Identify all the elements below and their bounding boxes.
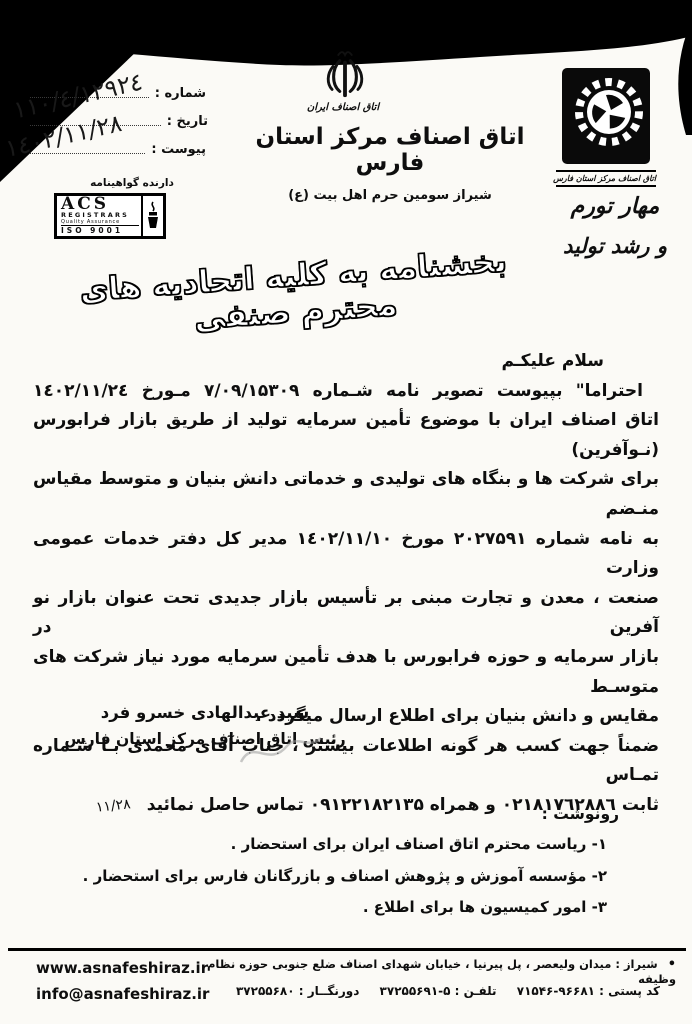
iso-certificate-logo: ACS REGISTRARS Quality Assurance ISO 900… bbox=[54, 193, 166, 239]
body-line: بازار سرمایه و حوزه فرابورس با هدف تأمین… bbox=[33, 643, 659, 702]
signature-mark bbox=[235, 728, 325, 774]
acs-logo-text: ACS bbox=[61, 197, 139, 212]
footer-address: شیراز : میدان ولیعصر ، پل پیرنیا ، خیابا… bbox=[207, 957, 676, 986]
guild-gear-logo bbox=[562, 68, 650, 164]
ref-attachment-label: پیوست : bbox=[151, 142, 206, 157]
body-line: به نامه شماره ۲۰۲۷۵۹۱ مورخ ۱٤۰۲/۱۱/۱۰ مد… bbox=[33, 525, 659, 584]
cc-label: رونوشت : bbox=[33, 799, 659, 829]
iran-emblem-icon bbox=[322, 50, 368, 104]
footer-fax: دورنگــار : ۳۷۲۵۵۶۸۰ bbox=[236, 984, 359, 998]
greeting-line: سلام علیکـم bbox=[33, 347, 659, 377]
phone-label: تلفـن : bbox=[455, 984, 497, 998]
year-slogan-line1: مهار تورم bbox=[550, 194, 680, 219]
ref-date-label: تاریخ : bbox=[167, 114, 208, 129]
footer-contact-line: کد پستی : ۷۱۵۴۶-۹۶۶۸۱ تلفـن : ۳۷۲۵۵۶۹۱-۵… bbox=[198, 984, 660, 998]
footer-divider bbox=[8, 948, 686, 951]
logo-caption: اتاق اصناف مرکز استان فارس bbox=[556, 170, 656, 187]
body-line: برای شرکت ها و بنگاه های تولیدی و خدماتی… bbox=[33, 465, 659, 524]
acs-registrars-text: REGISTRARS bbox=[61, 212, 139, 219]
cc-item: ۲- مؤسسه آموزش و پژوهش اصناف و بازرگانان… bbox=[33, 861, 659, 893]
fax-label: دورنگــار : bbox=[299, 984, 360, 998]
cc-section: رونوشت : ۱- ریاست محترم اتاق اصناف ایران… bbox=[33, 799, 659, 924]
footer-postal: کد پستی : ۷۱۵۴۶-۹۶۶۸۱ bbox=[513, 984, 660, 998]
cc-item: ۱- ریاست محترم اتاق اصناف ایران برای است… bbox=[33, 829, 659, 861]
signer-name: سید عبدالهادی خسرو فرد bbox=[55, 700, 355, 726]
subject-calligraphy: بخشنامه به کلیه اتحادیه های محترم صنفی bbox=[40, 240, 549, 347]
iso-certificate-text: ACS REGISTRARS Quality Assurance ISO 900… bbox=[57, 196, 141, 236]
postal-value: ۷۱۵۴۶-۹۶۶۸۱ bbox=[517, 984, 595, 998]
body-line: احتراما" بپیوست تصویر نامه شـماره ۷/۰۹/۱… bbox=[33, 377, 659, 407]
iso-9001-text: ISO 9001 bbox=[61, 225, 139, 235]
footer-phone: تلفـن : ۳۷۲۵۵۶۹۱-۵ bbox=[375, 984, 496, 998]
organization-title: اتاق اصناف مرکز استان فارس bbox=[222, 124, 558, 176]
phone-value: ۳۷۲۵۵۶۹۱-۵ bbox=[380, 984, 451, 998]
fax-value: ۳۷۲۵۵۶۸۰ bbox=[236, 984, 295, 998]
footer-bullet-icon: • bbox=[668, 957, 676, 972]
year-slogan-line2: و رشد تولید bbox=[548, 234, 682, 258]
emblem-caption: اتاق اصناف ایران bbox=[283, 102, 403, 113]
organization-subtitle: شیراز سومین حرم اهل بیت (ع) bbox=[243, 188, 537, 203]
cc-item: ۳- امور کمیسیون ها برای اطلاع . bbox=[33, 892, 659, 924]
registrar-mark-icon bbox=[141, 196, 163, 236]
scanned-letter-page: شماره : تاریخ : پیوست : ۱۱۰/٤/۱۲۹۲٤ ۱٤۰۲… bbox=[0, 0, 692, 1024]
postal-label: کد پستی : bbox=[599, 984, 660, 998]
ref-number-label: شماره : bbox=[155, 86, 206, 101]
footer-website: www.asnafeshiraz.ir bbox=[36, 959, 208, 977]
body-line: صنعت ، معدن و تجارت مبنی بر تأسیس بازار … bbox=[33, 584, 659, 643]
certificate-holder-label: دارنده گواهینامه bbox=[72, 177, 192, 189]
footer-email: info@asnafeshiraz.ir bbox=[36, 985, 209, 1003]
body-line: اتاق اصناف ایران با موضوع تأمین سرمایه ت… bbox=[33, 406, 659, 465]
footer-address-line: • شیراز : میدان ولیعصر ، پل پیرنیا ، خیا… bbox=[198, 957, 676, 986]
